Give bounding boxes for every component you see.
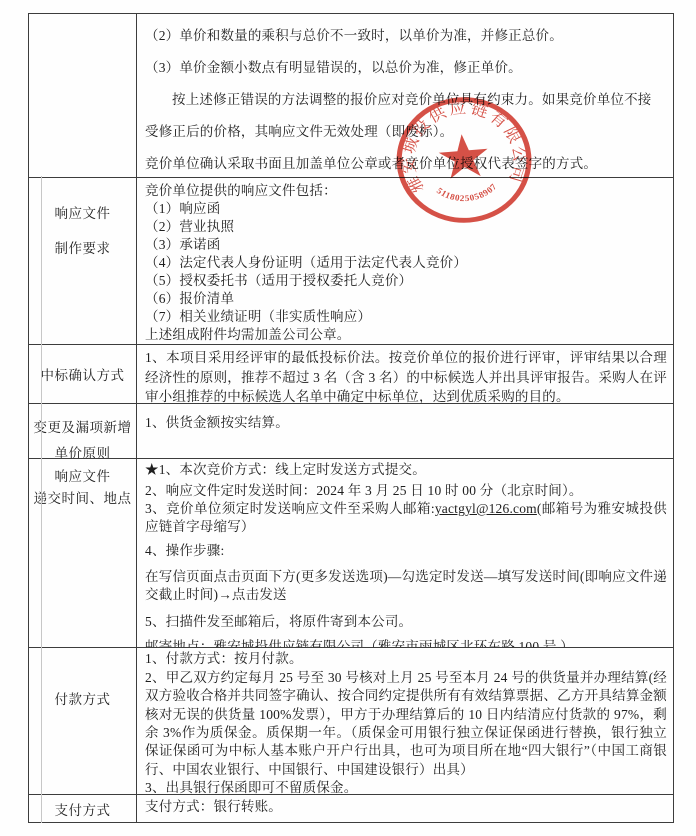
paragraph: （3）单价金额小数点有明显错误的，以总价为准，修正单价。 [145, 52, 667, 84]
paragraph: 5、扫描件发至邮箱后，将原件寄到本公司。 [145, 613, 667, 631]
row-label-line: 响应文件 [55, 466, 111, 488]
row-label-empty [29, 14, 137, 177]
paragraph: 4、操作步骤: [145, 542, 667, 560]
row-label: 付款方式 [29, 648, 137, 794]
list-item: （2）营业执照 [145, 218, 667, 236]
row-label-line: 递交时间、地点 [34, 488, 132, 510]
row-label-line: 中标确认方式 [41, 364, 125, 384]
list-item: 竞价单位提供的响应文件包括： [145, 182, 667, 200]
row-label: 中标确认方式 [29, 345, 137, 403]
list-item: （3）承诺函 [145, 236, 667, 254]
row-label-line: 单价原则 [55, 441, 111, 458]
submission-content: ★1、本次竞价方式：线上定时发送方式提交。 2、响应文件定时发送时间：2024 … [137, 459, 673, 648]
paragraph: 竞价单位确认采取书面且加盖单位公章或者竞价单位授权代表签字的方式。 [145, 148, 667, 177]
list-item: （4）法定代表人身份证明（适用于法定代表人竞价） [145, 254, 667, 272]
paragraph: 支付方式：银行转账。 [145, 798, 667, 816]
paragraph: ★1、本次竞价方式：线上定时发送方式提交。 [145, 461, 667, 479]
paragraph: 1、付款方式：按月付款。 [145, 650, 667, 668]
paragraph: 1、本项目采用经评审的最低投标价法。按竞价单位的报价进行评审，评审结果以合理经济… [145, 348, 667, 403]
payment-method-content: 支付方式：银行转账。 [137, 795, 673, 822]
paragraph: 3、竞价单位须定时发送响应文件至采购人邮箱:yactgyl@126.com(邮箱… [145, 500, 667, 536]
paragraph: 按上述修正错误的方法调整的报价应对竞价单位具有约束力。如果竞价单位不接 [145, 84, 667, 116]
payment-terms-content: 1、付款方式：按月付款。 2、甲乙双方约定每月 25 号至 30 号核对上月 2… [137, 648, 673, 794]
row-label-line: 支付方式 [55, 799, 111, 819]
row-payment-method: 支付方式 支付方式：银行转账。 [29, 794, 673, 822]
paragraph: 1、供货金额按实结算。 [145, 414, 667, 432]
row-label-line: 付款方式 [55, 688, 111, 708]
list-item: （5）授权委托书（适用于授权委托人竞价） [145, 272, 667, 290]
paragraph: 2、甲乙双方约定每月 25 号至 30 号核对上月 25 号至本月 24 号的供… [145, 669, 667, 779]
paragraph: 受修正后的价格，其响应文件无效处理（即废标）。 [145, 116, 667, 148]
row-label-line: 变更及漏项新增 [34, 415, 132, 441]
row-award-confirmation: 中标确认方式 1、本项目采用经评审的最低投标价法。按竞价单位的报价进行评审，评审… [29, 344, 673, 403]
row-response-doc-requirements: 响应文件 制作要求 竞价单位提供的响应文件包括： （1）响应函 （2）营业执照 … [29, 177, 673, 345]
row-label: 支付方式 [29, 795, 137, 822]
row-payment-terms: 付款方式 1、付款方式：按月付款。 2、甲乙双方约定每月 25 号至 30 号核… [29, 647, 673, 794]
list-item: （7）相关业绩证明（非实质性响应） [145, 308, 667, 326]
row-change-pricing-principle: 变更及漏项新增 单价原则 1、供货金额按实结算。 [29, 403, 673, 458]
row-label: 响应文件 制作要求 [29, 178, 137, 345]
paragraph: 邮寄地点：雅安城投供应链有限公司（雅安市雨城区北环东路 100 号 ） [145, 638, 667, 648]
response-doc-list: 竞价单位提供的响应文件包括： （1）响应函 （2）营业执照 （3）承诺函 （4）… [137, 178, 673, 345]
email-line-prefix: 3、竞价单位须定时发送响应文件至采购人邮箱: [145, 501, 435, 516]
paragraph: （2）单价和数量的乘积与总价不一致时，以单价为准，并修正总价。 [145, 20, 667, 52]
change-pricing-content: 1、供货金额按实结算。 [137, 404, 673, 458]
row-label: 响应文件 递交时间、地点 [29, 459, 137, 648]
scan-crease-line [41, 176, 42, 823]
paragraph: 2、响应文件定时发送时间：2024 年 3 月 25 日 10 时 00 分（北… [145, 482, 667, 500]
procurement-email: yactgyl@126.com [435, 501, 537, 516]
list-item: （6）报价清单 [145, 290, 667, 308]
award-confirmation-content: 1、本项目采用经评审的最低投标价法。按竞价单位的报价进行评审，评审结果以合理经济… [137, 345, 673, 403]
row-label-line: 响应文件 [55, 196, 111, 231]
price-correction-content: （2）单价和数量的乘积与总价不一致时，以单价为准，并修正总价。 （3）单价金额小… [137, 14, 673, 177]
row-label-line: 制作要求 [55, 231, 111, 266]
procurement-terms-table: （2）单价和数量的乘积与总价不一致时，以单价为准，并修正总价。 （3）单价金额小… [28, 13, 674, 823]
list-item: 上述组成附件均需加盖公司公章。 [145, 326, 667, 344]
row-price-correction: （2）单价和数量的乘积与总价不一致时，以单价为准，并修正总价。 （3）单价金额小… [29, 14, 673, 177]
paragraph: 在写信页面点击页面下方(更多发送选项)—勾选定时发送—填写发送时间(即响应文件递… [145, 568, 667, 604]
row-submission-time-place: 响应文件 递交时间、地点 ★1、本次竞价方式：线上定时发送方式提交。 2、响应文… [29, 458, 673, 648]
row-label: 变更及漏项新增 单价原则 [29, 404, 137, 458]
list-item: （1）响应函 [145, 200, 667, 218]
paragraph: 3、出具银行保函即可不留质保金。 [145, 779, 667, 794]
